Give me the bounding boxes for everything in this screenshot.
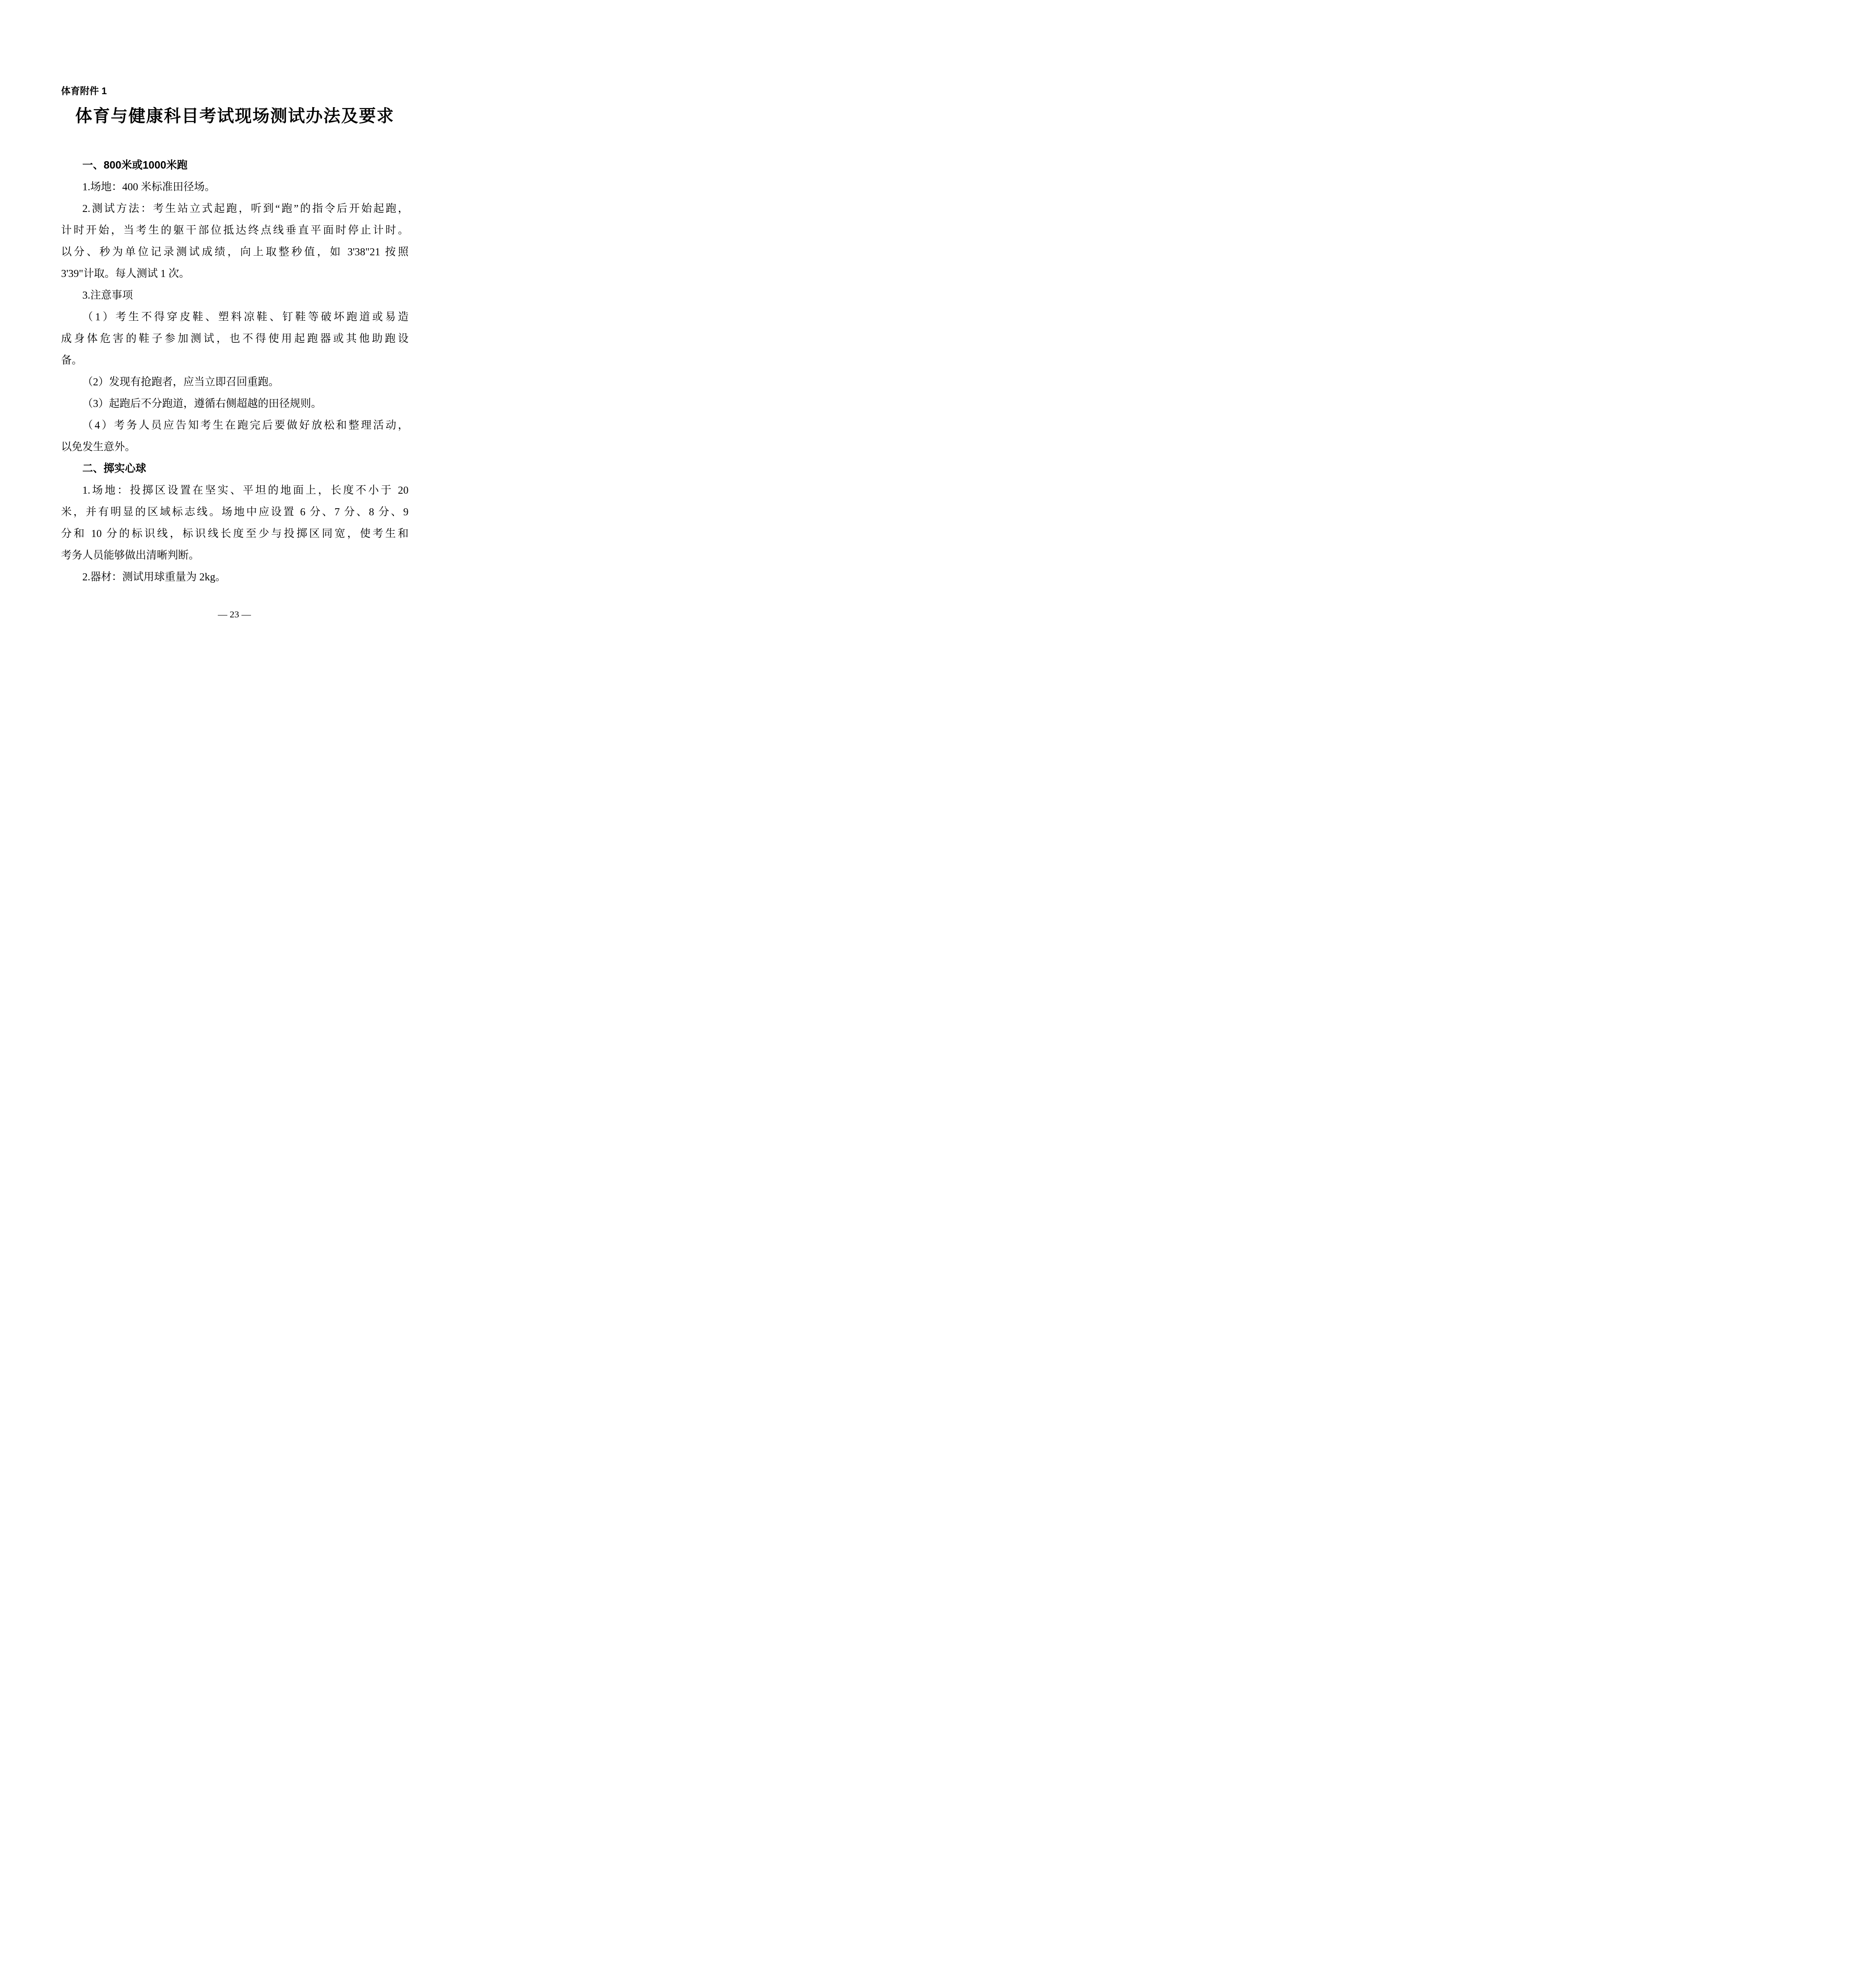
body-line: 2.测试方法：考生站立式起跑，听到“跑”的指令后开始起跑， [61,198,409,219]
page-title: 体育与健康科目考试现场测试办法及要求 [61,106,409,127]
body-line: 以分、秒为单位记录测试成绩，向上取整秒值，如 3'38"21 按照 [61,241,409,263]
body-line: 3.注意事项 [61,284,409,306]
body-line: 1.场地：400 米标准田径场。 [61,176,409,198]
body-line: 计时开始，当考生的躯干部位抵达终点线垂直平面时停止计时。 [61,219,409,241]
section-1-heading: 一、800米或1000米跑 [61,154,409,176]
body-line: （4）考务人员应告知考生在跑完后要做好放松和整理活动， [61,414,409,436]
body-line: （2）发现有抢跑者，应当立即召回重跑。 [61,371,409,393]
body-line: 3'39"计取。每人测试 1 次。 [61,263,409,284]
body-line: 考务人员能够做出清晰判断。 [61,545,409,566]
section-2-heading: 二、掷实心球 [61,458,409,479]
page-number: — 23 — [218,610,251,620]
document-page: 体育附件 1 体育与健康科目考试现场测试办法及要求 一、800米或1000米跑 … [0,0,469,663]
body-line: （3）起跑后不分跑道，遵循右侧超越的田径规则。 [61,393,409,414]
body-line: 米，并有明显的区域标志线。场地中应设置 6 分、7 分、8 分、9 [61,501,409,523]
body-line: （1）考生不得穿皮鞋、塑料凉鞋、钉鞋等破坏跑道或易造 [61,306,409,328]
body-line: 以免发生意外。 [61,436,409,458]
body-line: 成身体危害的鞋子参加测试，也不得使用起跑器或其他助跑设 [61,328,409,349]
body-line: 备。 [61,349,409,371]
body-line: 分和 10 分的标识线，标识线长度至少与投掷区同宽，使考生和 [61,523,409,545]
body-line: 2.器材：测试用球重量为 2kg。 [61,566,409,588]
body-line: 1.场地：投掷区设置在坚实、平坦的地面上，长度不小于 20 [61,479,409,501]
page-footer: — 23 — [0,609,469,621]
attachment-label: 体育附件 1 [61,85,409,98]
